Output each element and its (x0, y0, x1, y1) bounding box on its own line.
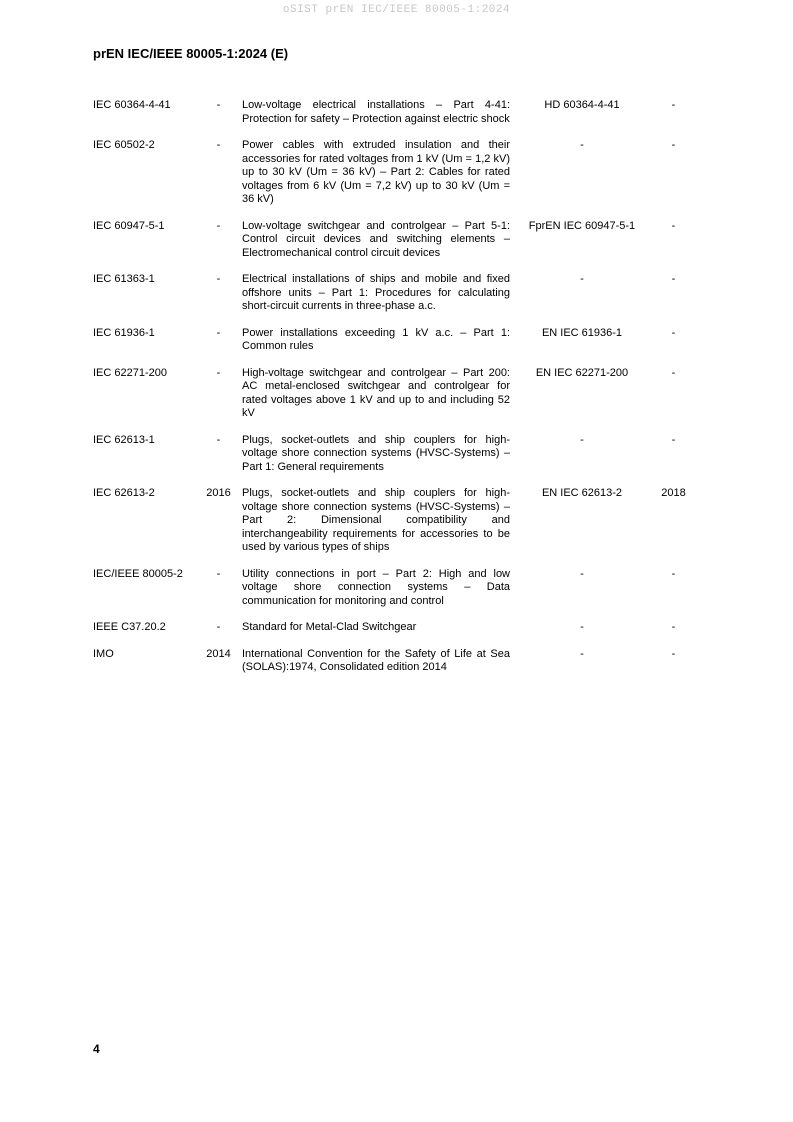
standard-year-cell: - (195, 99, 242, 113)
description-cell: International Convention for the Safety … (242, 648, 510, 675)
en-ref-cell: - (510, 273, 650, 287)
standard-ref-cell: IEC 61936-1 (93, 327, 195, 341)
table-row: IEC 61936-1 - Power installations exceed… (93, 327, 697, 354)
en-ref-cell: HD 60364-4-41 (510, 99, 650, 113)
en-ref-cell: EN IEC 62271-200 (510, 367, 650, 381)
en-ref-cell: - (510, 648, 650, 662)
standard-ref-cell: IEEE C37.20.2 (93, 621, 195, 635)
en-ref-cell: - (510, 139, 650, 153)
standard-year-cell: - (195, 220, 242, 234)
standard-year-cell: 2014 (195, 648, 242, 662)
table-row: IEC 60502-2 - Power cables with extruded… (93, 139, 697, 207)
description-cell: Plugs, socket-outlets and ship couplers … (242, 434, 510, 475)
en-ref-cell: EN IEC 61936-1 (510, 327, 650, 341)
standard-year-cell: - (195, 327, 242, 341)
en-ref-cell: EN IEC 62613-2 (510, 487, 650, 501)
en-year-cell: - (650, 621, 697, 635)
standard-year-cell: - (195, 434, 242, 448)
page-title: prEN IEC/IEEE 80005-1:2024 (E) (93, 46, 288, 61)
description-cell: High-voltage switchgear and controlgear … (242, 367, 510, 421)
en-year-cell: 2018 (650, 487, 697, 501)
standard-ref-cell: IEC 61363-1 (93, 273, 195, 287)
en-year-cell: - (650, 139, 697, 153)
standard-ref-cell: IMO (93, 648, 195, 662)
description-cell: Power installations exceeding 1 kV a.c. … (242, 327, 510, 354)
standard-ref-cell: IEC 62613-1 (93, 434, 195, 448)
en-year-cell: - (650, 367, 697, 381)
en-ref-cell: - (510, 621, 650, 635)
description-cell: Low-voltage electrical installations – P… (242, 99, 510, 126)
table-row: IEC 61363-1 - Electrical installations o… (93, 273, 697, 314)
standard-year-cell: - (195, 367, 242, 381)
description-cell: Electrical installations of ships and mo… (242, 273, 510, 314)
en-ref-cell: - (510, 568, 650, 582)
standard-year-cell: - (195, 139, 242, 153)
table-row: IMO 2014 International Convention for th… (93, 648, 697, 675)
standard-year-cell: - (195, 568, 242, 582)
description-cell: Standard for Metal-Clad Switchgear (242, 621, 510, 635)
standard-ref-cell: IEC 62613-2 (93, 487, 195, 501)
table-row: IEC 62613-1 - Plugs, socket-outlets and … (93, 434, 697, 475)
en-year-cell: - (650, 568, 697, 582)
table-row: IEC 62613-2 2016 Plugs, socket-outlets a… (93, 487, 697, 555)
standard-ref-cell: IEC/IEEE 80005-2 (93, 568, 195, 582)
en-year-cell: - (650, 327, 697, 341)
standard-year-cell: - (195, 273, 242, 287)
standard-ref-cell: IEC 62271-200 (93, 367, 195, 381)
table-row: IEC 60947-5-1 - Low-voltage switchgear a… (93, 220, 697, 261)
standard-year-cell: 2016 (195, 487, 242, 501)
page-number: 4 (93, 1042, 100, 1056)
en-year-cell: - (650, 220, 697, 234)
watermark-header: oSIST prEN IEC/IEEE 80005-1:2024 (0, 4, 793, 16)
description-cell: Plugs, socket-outlets and ship couplers … (242, 487, 510, 555)
en-year-cell: - (650, 273, 697, 287)
en-year-cell: - (650, 434, 697, 448)
document-page: oSIST prEN IEC/IEEE 80005-1:2024 prEN IE… (0, 0, 793, 1122)
references-table: IEC 60364-4-41 - Low-voltage electrical … (93, 99, 697, 688)
en-year-cell: - (650, 648, 697, 662)
description-cell: Power cables with extruded insulation an… (242, 139, 510, 207)
standard-year-cell: - (195, 621, 242, 635)
en-ref-cell: - (510, 434, 650, 448)
table-row: IEC/IEEE 80005-2 - Utility connections i… (93, 568, 697, 609)
en-ref-cell: FprEN IEC 60947-5-1 (510, 220, 650, 234)
standard-ref-cell: IEC 60364-4-41 (93, 99, 195, 113)
standard-ref-cell: IEC 60947-5-1 (93, 220, 195, 234)
table-row: IEEE C37.20.2 - Standard for Metal-Clad … (93, 621, 697, 635)
table-row: IEC 62271-200 - High-voltage switchgear … (93, 367, 697, 421)
standard-ref-cell: IEC 60502-2 (93, 139, 195, 153)
description-cell: Low-voltage switchgear and controlgear –… (242, 220, 510, 261)
description-cell: Utility connections in port – Part 2: Hi… (242, 568, 510, 609)
en-year-cell: - (650, 99, 697, 113)
table-row: IEC 60364-4-41 - Low-voltage electrical … (93, 99, 697, 126)
